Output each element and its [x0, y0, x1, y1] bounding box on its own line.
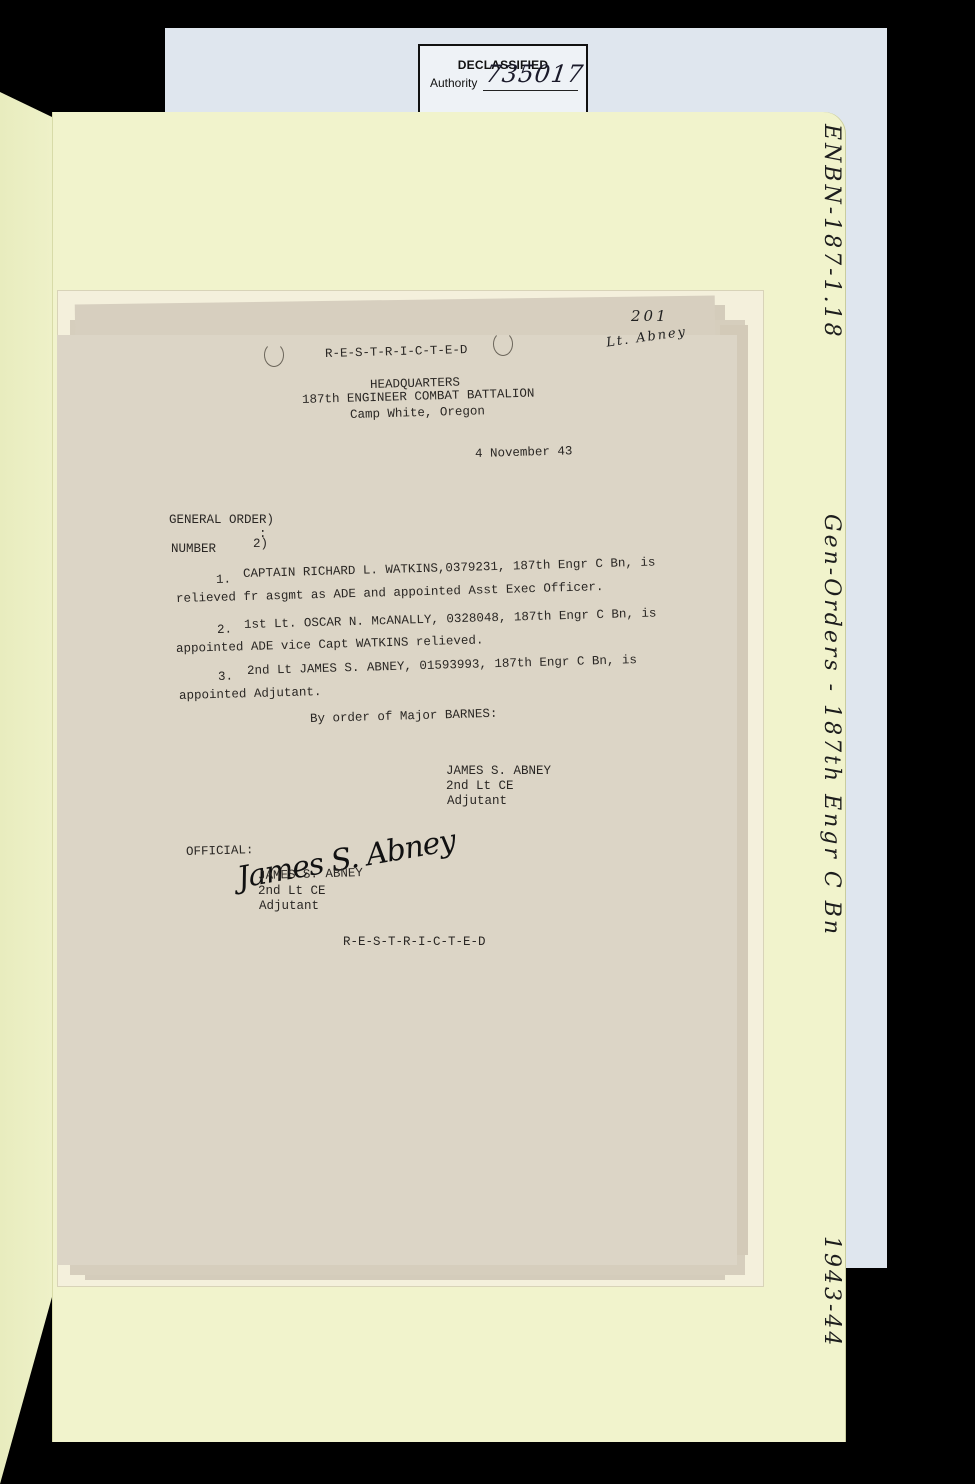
- margin-note-folder-title: Gen-Orders - 187th Engr C Bn: [819, 514, 844, 937]
- margin-note-file-code: ENBN-187-1.18: [819, 124, 844, 340]
- signature-block-rank: 2nd Lt CE: [446, 779, 514, 794]
- classification-bottom: R-E-S-T-R-I-C-T-E-D: [343, 935, 486, 950]
- stamp-authority-value: 735017: [484, 60, 586, 88]
- punch-hole-icon: [264, 343, 284, 367]
- punch-hole-icon: [493, 332, 513, 356]
- number-value: 2): [253, 537, 268, 552]
- paragraph-1-number: 1.: [216, 573, 231, 588]
- paragraph-2-number: 2.: [217, 623, 232, 638]
- official-block-name: JAMES S. ABNEY: [258, 866, 363, 884]
- handwritten-file-number: 201: [631, 307, 669, 325]
- folder-front-cover: [0, 92, 52, 1484]
- official-label: OFFICIAL:: [186, 843, 254, 860]
- official-block-rank: 2nd Lt CE: [258, 884, 326, 899]
- official-block-title: Adjutant: [259, 899, 319, 914]
- number-label: NUMBER: [171, 542, 216, 557]
- declassified-stamp: DECLASSIFIED Authority 735017: [418, 44, 588, 114]
- general-order-label: GENERAL ORDER): [169, 513, 274, 528]
- signature-block-name: JAMES S. ABNEY: [446, 764, 551, 779]
- document-page: [57, 335, 737, 1265]
- paragraph-3-number: 3.: [218, 670, 233, 685]
- document-date: 4 November 43: [475, 444, 573, 462]
- stamp-authority-line: [483, 90, 578, 91]
- margin-note-years: 1943-44: [819, 1236, 844, 1348]
- stamp-authority-label: Authority: [430, 76, 477, 90]
- signature-block-title: Adjutant: [447, 794, 507, 809]
